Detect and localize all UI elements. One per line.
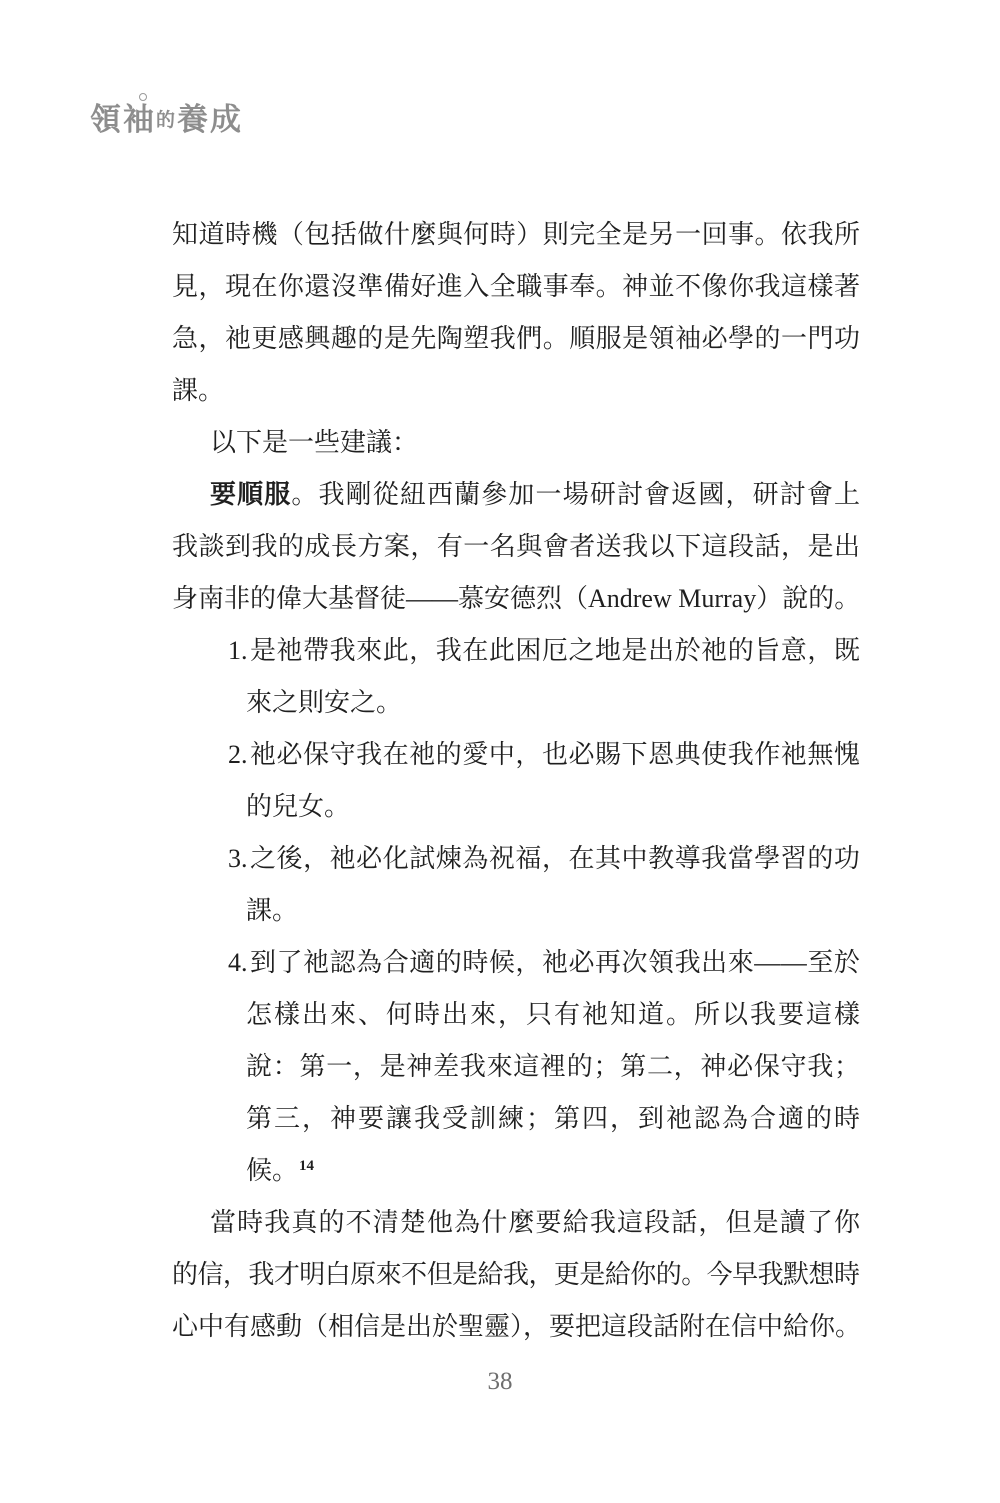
- line-text: 第三，神要讓我受訓練；第四，到祂認為合適的時: [246, 1093, 862, 1145]
- line-text: 課。: [246, 885, 298, 937]
- line-text: 來之則安之。: [246, 677, 402, 729]
- line-text: 見，現在你還沒準備好進入全職事奉。神並不像你我這樣著: [172, 261, 860, 313]
- text-line: 課。: [172, 885, 860, 937]
- bold-lead: 要順服: [210, 480, 291, 509]
- text-line: 以下是一些建議：: [172, 417, 860, 469]
- line-text: 課。: [172, 365, 224, 417]
- running-header-text: 領袖: [90, 102, 156, 137]
- list-item-line: 1.是祂帶我來此，我在此困厄之地是出於祂的旨意，既: [172, 625, 860, 677]
- text-line: 說：第一，是神差我來這裡的；第二，神必保守我；: [172, 1041, 860, 1093]
- line-text: 說：第一，是神差我來這裡的；第二，神必保守我；: [246, 1041, 861, 1093]
- logo-ring-mark: [139, 93, 147, 101]
- text-line: 要順服。我剛從紐西蘭參加一場研討會返國，研討會上: [172, 469, 860, 521]
- text-line: 怎樣出來、何時出來，只有祂知道。所以我要這樣: [172, 989, 860, 1041]
- text-line: 當時我真的不清楚他為什麼要給我這段話，但是讀了你: [172, 1197, 860, 1249]
- line-text: 到了祂認為合適的時候，祂必再次領我出來——至於: [250, 937, 860, 989]
- text-line: 第三，神要讓我受訓練；第四，到祂認為合適的時: [172, 1093, 860, 1145]
- text-line: 候。14: [172, 1145, 860, 1197]
- text-line: 心中有感動（相信是出於聖靈），要把這段話附在信中給你。: [172, 1301, 860, 1353]
- line-text: 心中有感動（相信是出於聖靈），要把這段話附在信中給你。: [172, 1301, 861, 1353]
- line-text: 候。14: [246, 1145, 314, 1197]
- line-text: 急，祂更感興趣的是先陶塑我們。順服是領袖必學的一門功: [172, 313, 860, 365]
- page-number: 38: [0, 1368, 1000, 1396]
- line-text: 的兒女。: [246, 781, 350, 833]
- running-header: 領袖的養成: [90, 94, 243, 139]
- text-line: 知道時機（包括做什麼與何時）則完全是另一回事。依我所: [172, 209, 860, 261]
- line-text: 以下是一些建議：: [210, 417, 418, 469]
- text-line: 的兒女。: [172, 781, 860, 833]
- line-text: 的信，我才明白原來不但是給我，更是給你的。今早我默想時: [172, 1249, 859, 1301]
- list-item-number: 3.: [228, 833, 248, 885]
- list-item-line: 2.祂必保守我在祂的愛中，也必賜下恩典使我作祂無愧: [172, 729, 860, 781]
- list-item-line: 3.之後，祂必化試煉為祝福，在其中教導我當學習的功: [172, 833, 860, 885]
- footnote-ref: 14: [299, 1158, 314, 1174]
- text-line: 課。: [172, 365, 860, 417]
- list-item-line: 4.到了祂認為合適的時候，祂必再次領我出來——至於: [172, 937, 860, 989]
- running-header-text-small: 的: [156, 110, 177, 131]
- line-text: 我談到我的成長方案，有一名與會者送我以下這段話，是出: [172, 521, 860, 573]
- text-line: 我談到我的成長方案，有一名與會者送我以下這段話，是出: [172, 521, 860, 573]
- running-header-text: 養成: [177, 102, 243, 137]
- text-line: 見，現在你還沒準備好進入全職事奉。神並不像你我這樣著: [172, 261, 860, 313]
- text-line: 急，祂更感興趣的是先陶塑我們。順服是領袖必學的一門功: [172, 313, 860, 365]
- line-text: 是祂帶我來此，我在此困厄之地是出於祂的旨意，既: [250, 625, 860, 677]
- line-text: 之後，祂必化試煉為祝福，在其中教導我當學習的功: [250, 833, 860, 885]
- line-text: 當時我真的不清楚他為什麼要給我這段話，但是讀了你: [210, 1197, 861, 1249]
- page-body-text: 知道時機（包括做什麼與何時）則完全是另一回事。依我所見，現在你還沒準備好進入全職…: [172, 209, 860, 1353]
- text-line: 身南非的偉大基督徒——慕安德烈（Andrew Murray）說的。: [172, 573, 860, 625]
- line-text: 祂必保守我在祂的愛中，也必賜下恩典使我作祂無愧: [250, 729, 860, 781]
- book-page: 領袖的養成 知道時機（包括做什麼與何時）則完全是另一回事。依我所見，現在你還沒準…: [0, 0, 1000, 1503]
- text-line: 的信，我才明白原來不但是給我，更是給你的。今早我默想時: [172, 1249, 860, 1301]
- list-item-number: 1.: [228, 625, 248, 677]
- list-item-number: 2.: [228, 729, 248, 781]
- line-text: 怎樣出來、何時出來，只有祂知道。所以我要這樣: [246, 989, 862, 1041]
- line-text: 知道時機（包括做什麼與何時）則完全是另一回事。依我所: [172, 209, 860, 261]
- text-line: 來之則安之。: [172, 677, 860, 729]
- line-text: 要順服。我剛從紐西蘭參加一場研討會返國，研討會上: [210, 469, 861, 521]
- list-item-number: 4.: [228, 937, 248, 989]
- line-text: 身南非的偉大基督徒——慕安德烈（Andrew Murray）說的。: [172, 573, 860, 625]
